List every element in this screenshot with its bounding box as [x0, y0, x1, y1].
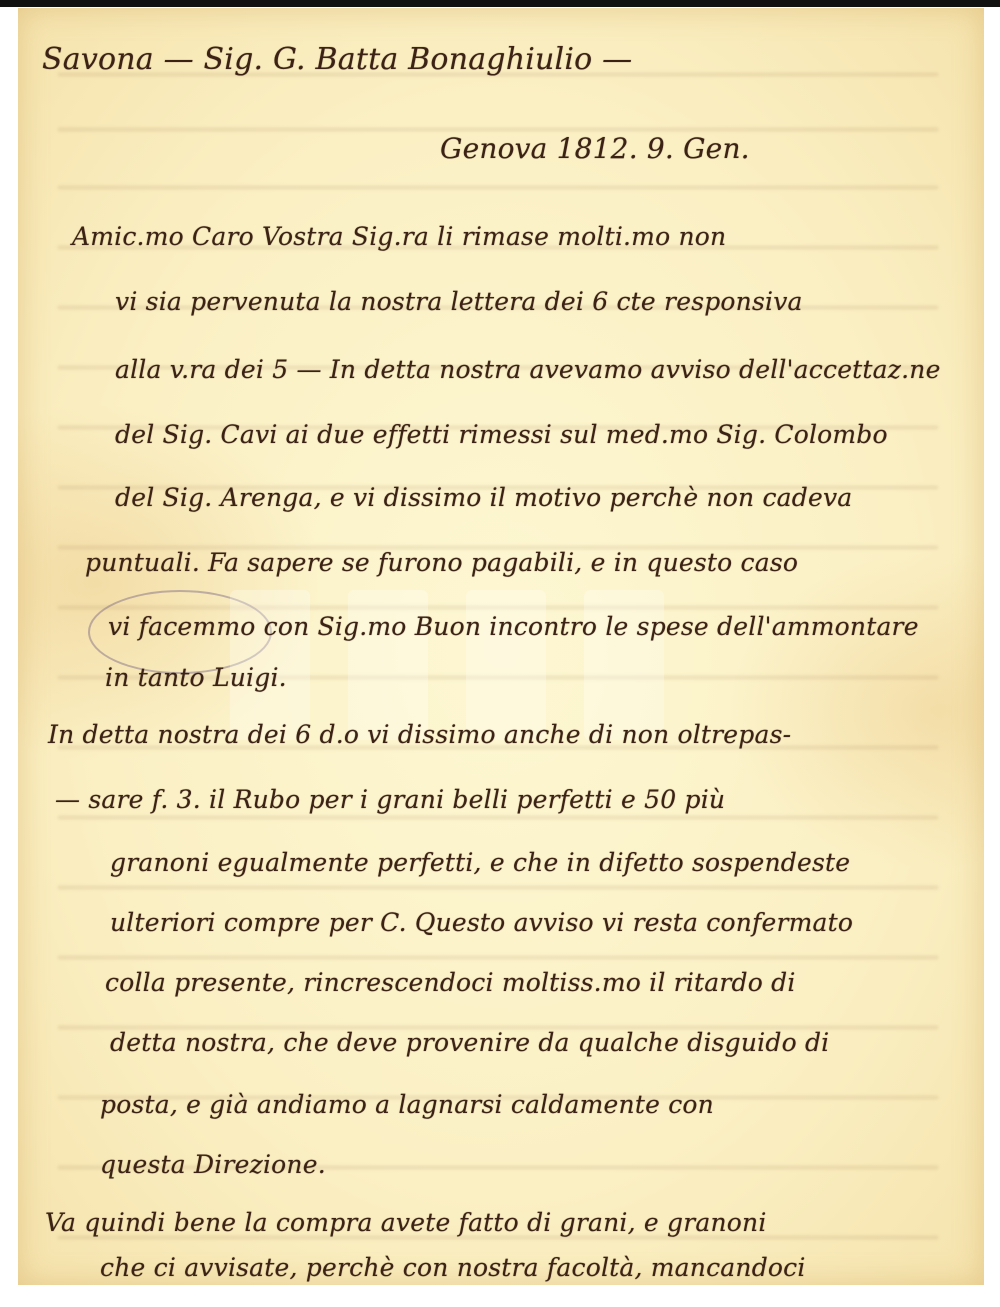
scan-top-border — [0, 0, 1000, 7]
body-line: vi sia pervenuta la nostra lettera dei 6… — [115, 287, 803, 316]
letter-scan: Savona — Sig. G. Batta Bonaghiulio — Gen… — [0, 0, 1000, 1307]
bleed-through-line — [58, 886, 938, 889]
body-line: puntuali. Fa sapere se furono pagabili, … — [85, 548, 798, 577]
body-line: del Sig. Arenga, e vi dissimo il motivo … — [115, 483, 852, 512]
body-line: granoni egualmente perfetti, e che in di… — [110, 848, 850, 877]
body-line: alla v.ra dei 5 — In detta nostra avevam… — [115, 355, 941, 384]
body-line: del Sig. Cavi ai due effetti rimessi sul… — [115, 420, 888, 449]
body-line: colla presente, rincrescendoci moltiss.m… — [105, 968, 796, 997]
body-line: questa Direzione. — [100, 1150, 326, 1179]
bleed-through-line — [58, 816, 938, 819]
body-line: in tanto Luigi. — [105, 663, 287, 692]
body-line: ulteriori compre per C. Questo avviso vi… — [110, 908, 853, 937]
body-line: Va quindi bene la compra avete fatto di … — [45, 1208, 767, 1237]
body-line: posta, e già andiamo a lagnarsi caldamen… — [100, 1090, 714, 1119]
date-line: Genova 1812. 9. Gen. — [440, 132, 750, 165]
bleed-through-line — [58, 128, 938, 131]
body-line: che ci avvisate, perchè con nostra facol… — [100, 1253, 806, 1282]
body-line: vi facemmo con Sig.mo Buon incontro le s… — [108, 612, 919, 641]
bleed-through-line — [58, 186, 938, 189]
body-line: In detta nostra dei 6 d.o vi dissimo anc… — [48, 720, 791, 749]
bleed-through-line — [58, 956, 938, 959]
address-line: Savona — Sig. G. Batta Bonaghiulio — — [42, 42, 632, 77]
body-line: — sare f. 3. il Rubo per i grani belli p… — [55, 785, 725, 814]
body-line: Amic.mo Caro Vostra Sig.ra li rimase mol… — [72, 222, 726, 251]
body-line: detta nostra, che deve provenire da qual… — [110, 1028, 829, 1057]
